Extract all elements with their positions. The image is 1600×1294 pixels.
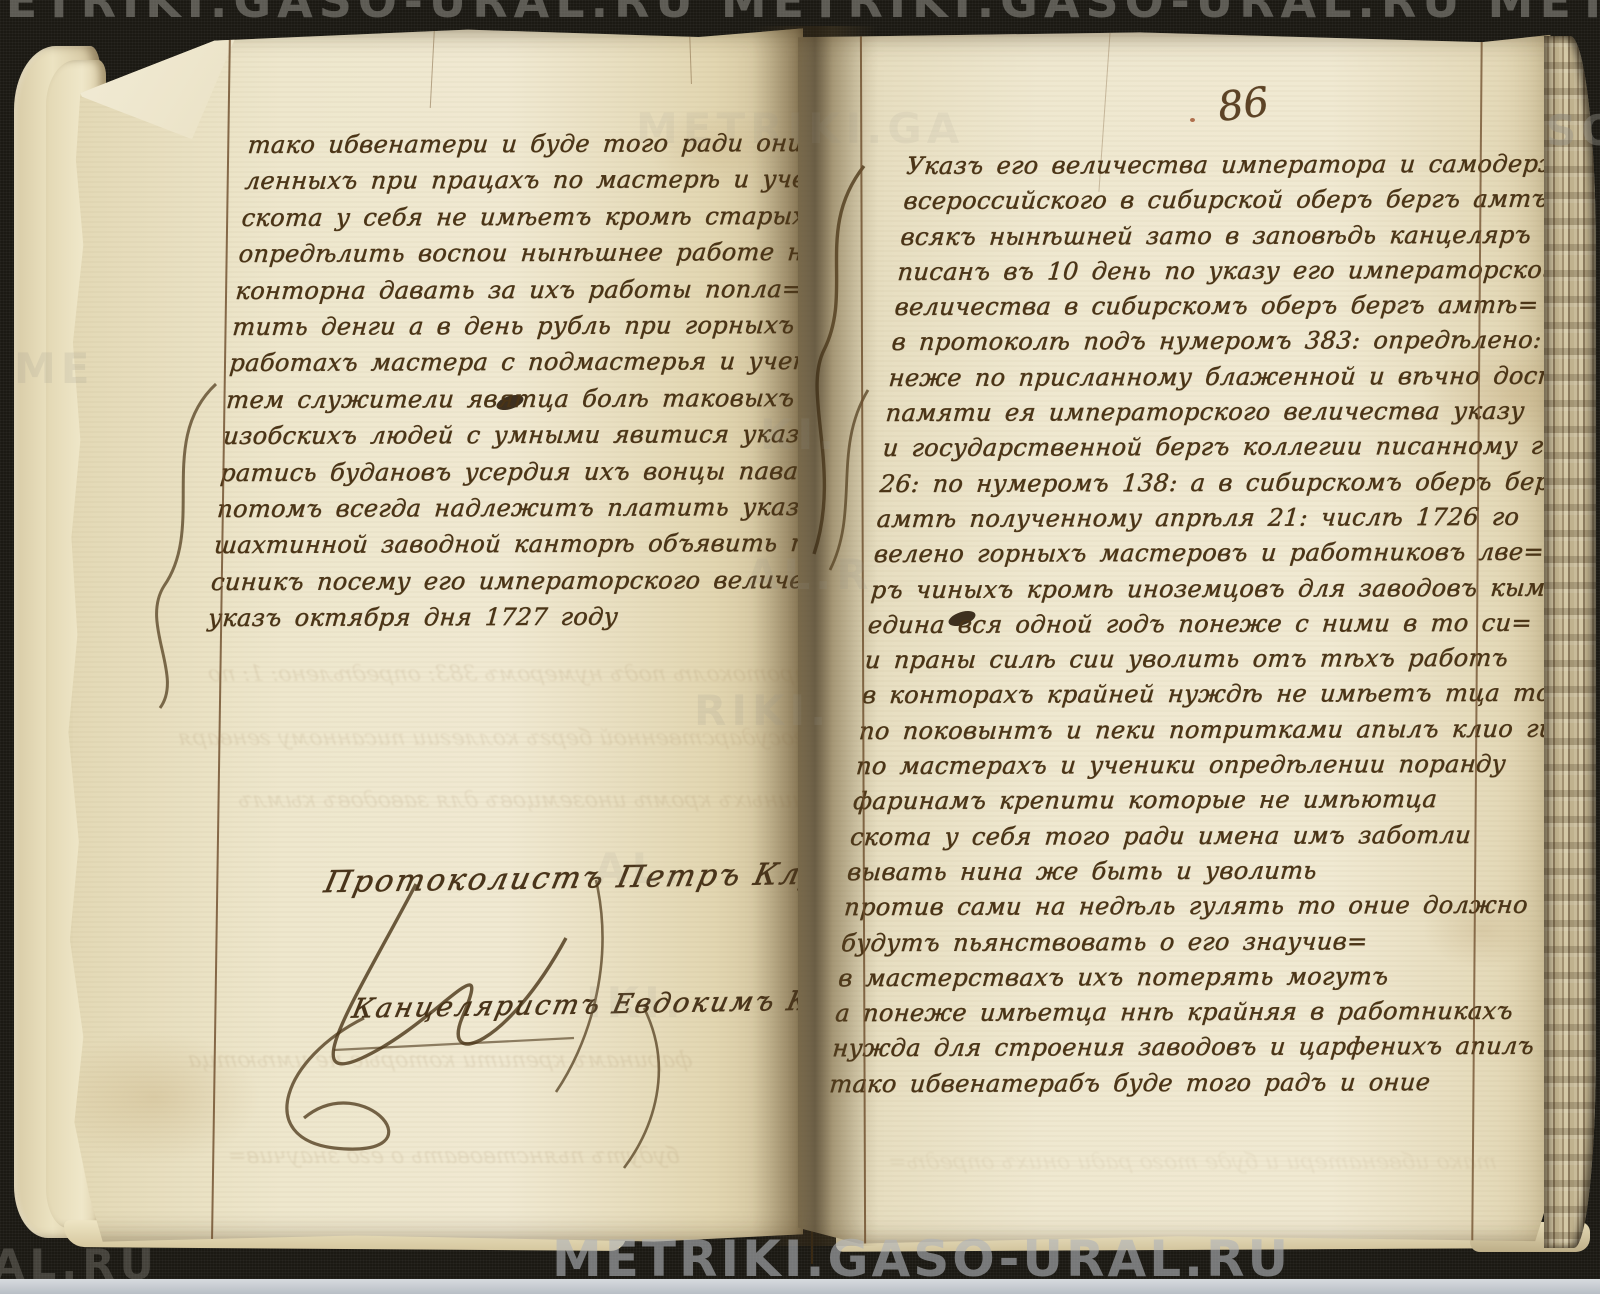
right-page-text: Указъ его величества императора и самоде… xyxy=(828,147,1533,1102)
manuscript-line: по мастерахъ и ученики опредѣлении поран… xyxy=(855,747,1483,784)
fold-ink-stroke xyxy=(111,42,132,78)
paper-speck xyxy=(1190,118,1195,122)
manuscript-line: и государственной бергъ коллегии писанно… xyxy=(881,429,1509,466)
manuscript-line: будутъ пьянствовать о его знаучив= xyxy=(840,924,1468,961)
manuscript-line: против сами на недѣль гулять то оние дол… xyxy=(843,888,1471,925)
manuscript-line: конторна давать за ихъ работы попла= xyxy=(234,271,822,309)
manuscript-line: тем служители явятца болѣ таковыхъ обы= xyxy=(225,380,813,418)
paper-crack xyxy=(689,30,692,84)
manuscript-line: тить денги а в день рубль при горныхъ и … xyxy=(231,307,819,345)
bleedthrough-text: в протоколѣ подъ нумеромъ 383: опредѣлен… xyxy=(207,662,830,687)
manuscript-line: в протоколѣ подъ нумеромъ 383: опредѣлен… xyxy=(890,323,1518,360)
manuscript-line: памяти ея императорского величества указ… xyxy=(884,394,1512,431)
manuscript-line: указъ октября дня 1727 году xyxy=(207,598,795,636)
manuscript-line: по поковынтъ и пеки потритками апылъ кли… xyxy=(858,712,1486,749)
manuscript-line: в мастерствахъ ихъ потерять могутъ xyxy=(837,959,1465,996)
gutter-fold-mark xyxy=(811,1226,813,1264)
manuscript-line: фаринамъ крепити которые не имѣютца xyxy=(852,782,1480,819)
manuscript-line: велено горныхъ мастеровъ и работниковъ л… xyxy=(872,535,1500,572)
manuscript-line: шахтинной заводной канторѣ объявить писа… xyxy=(213,525,801,563)
manuscript-line: Указъ его величества императора и самоде… xyxy=(905,147,1533,184)
manuscript-line: а понеже имѣетца ннѣ крайняя в работника… xyxy=(834,994,1462,1031)
watermark-text: METRIKI.GASO-URAL.RU METRIKI.GASO-URAL.R… xyxy=(0,0,1600,28)
manuscript-line: тако ибвенатери и буде того ради онихъ о… xyxy=(246,125,834,163)
manuscript-scan: тако ибвенатери и буде того ради онихъ о… xyxy=(0,0,1600,1294)
bleedthrough-text: тако ибвенатери и буде того ради онихъ о… xyxy=(887,1150,1498,1175)
left-page: тако ибвенатери и буде того ради онихъ о… xyxy=(58,26,803,1244)
manuscript-line: в конторахъ крайней нуждѣ не имѣетъ тца … xyxy=(861,676,1489,713)
manuscript-line: ратись будановъ усердия ихъ вонцы павать xyxy=(219,453,807,491)
manuscript-line: опредѣлить воспои нынѣшнее работе наилуч… xyxy=(237,234,825,272)
manuscript-line: нужда для строения заводовъ и царфенихъ … xyxy=(831,1029,1459,1066)
manuscript-line: писанъ въ 10 день по указу его император… xyxy=(896,253,1524,290)
manuscript-line: всякъ нынѣшней зато в заповѣдь канцеляръ… xyxy=(899,217,1527,254)
manuscript-line: величества в сибирскомъ оберъ бергъ амтѣ… xyxy=(893,288,1521,325)
manuscript-line: скота у себя не имѣетъ кромѣ старыхъ xyxy=(240,198,828,236)
manuscript-line: работахъ мастера с подмастерья и ученико… xyxy=(228,343,816,381)
manuscript-line: изобскихъ людей с умными явитися указа= xyxy=(222,416,810,454)
manuscript-line: ленныхъ при працахъ по мастерѣ и ученико… xyxy=(243,161,831,199)
page-number: 86 xyxy=(1215,79,1271,131)
manuscript-line: потомъ всегда надлежитъ платить указъ же… xyxy=(216,489,804,527)
left-page-text: тако ибвенатери и буде того ради онихъ о… xyxy=(207,125,835,637)
manuscript-line: синикъ посему его императорского величес… xyxy=(210,562,798,600)
bleedthrough-text: ръ чиныхъ кромѣ иноземцовъ для заводовъ … xyxy=(237,788,843,813)
manuscript-line: едина вся одной годъ понеже с ними в то … xyxy=(867,606,1495,643)
manuscript-line: ръ чиныхъ кромѣ иноземцовъ для заводовъ … xyxy=(869,570,1497,607)
manuscript-line: вывать нина же быть и уволить xyxy=(846,853,1474,890)
manuscript-line: тако ибвенатерабъ буде того радъ и оние xyxy=(828,1065,1456,1102)
page-stack-edge xyxy=(1544,36,1596,1248)
right-page: 86 Указъ его величества императора и сам… xyxy=(798,30,1558,1246)
manuscript-line: всероссийского в сибирской оберъ бергъ а… xyxy=(902,182,1530,219)
scan-bottom-strip xyxy=(0,1279,1600,1294)
manuscript-line: 26: по нумеромъ 138: а в сибирскомъ обер… xyxy=(878,465,1506,502)
bleedthrough-text: будутъ пьянствовать о его знаучив= xyxy=(227,1144,681,1169)
bleedthrough-text: и государственной бергъ коллегии писанно… xyxy=(177,726,828,751)
paper-crack xyxy=(430,22,435,108)
manuscript-line: и праны силѣ сии уволить отъ тѣхъ работъ xyxy=(864,641,1492,678)
manuscript-line: неже по присланному блаженной и вѣчно до… xyxy=(887,359,1515,396)
manuscript-line: амтѣ полученному апрѣля 21: числѣ 1726 г… xyxy=(875,500,1503,537)
manuscript-line: скота у себя того ради имена имъ заботли xyxy=(849,818,1477,855)
bleedthrough-text: фаринамъ крепити которые не имѣютца xyxy=(187,1048,694,1073)
